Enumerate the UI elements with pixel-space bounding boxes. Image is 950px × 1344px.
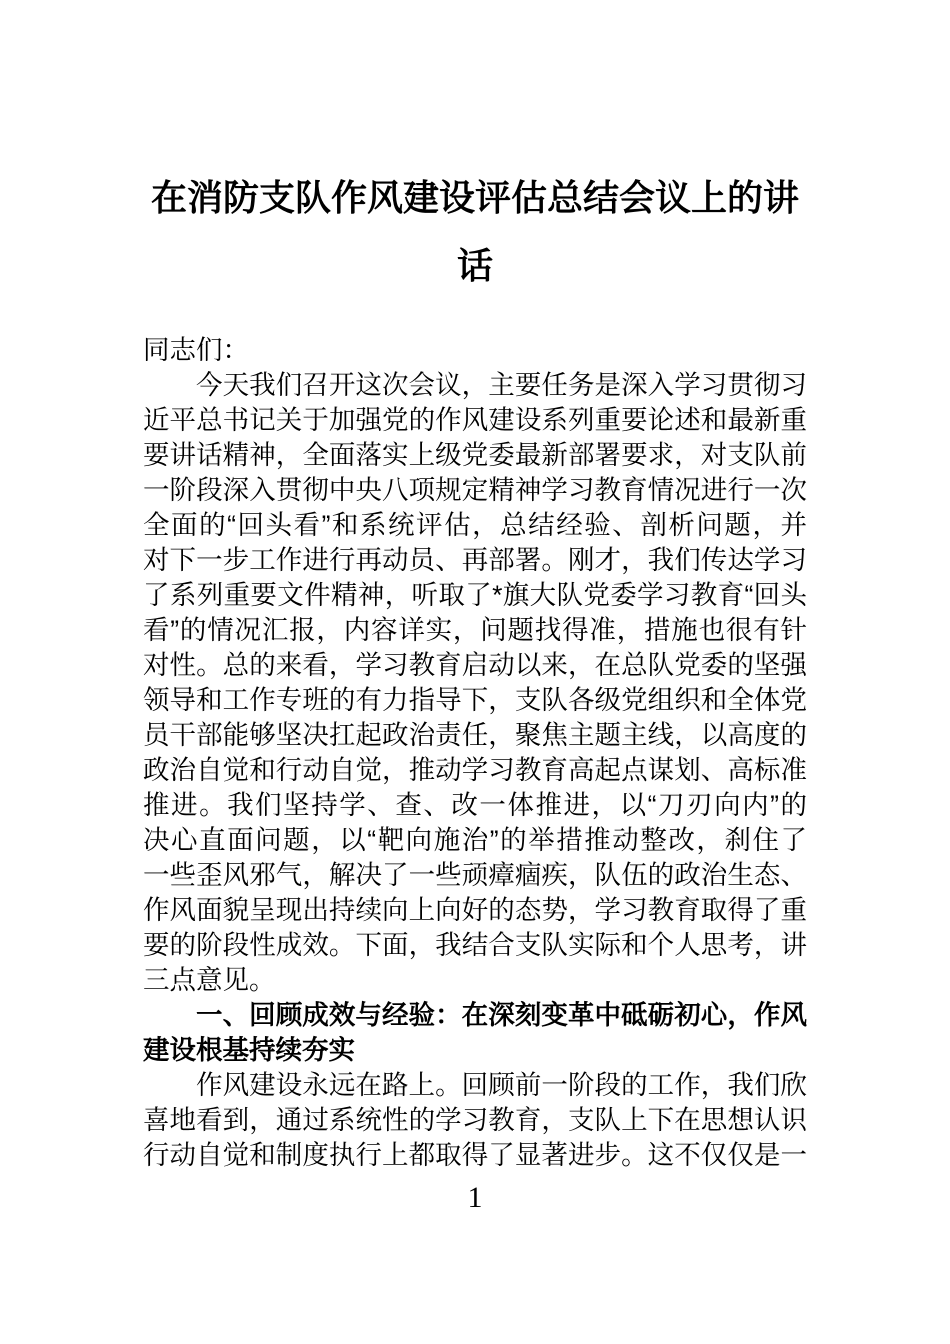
- text-line: 作风面貌呈现出持续向上向好的态势，学习教育取得了重: [143, 893, 807, 928]
- page-footer: 1: [0, 1181, 950, 1215]
- text-line: 决心直面问题，以“靶向施治”的举措推动整改，刹住了: [143, 823, 807, 858]
- text-line: 一些歪风邪气，解决了一些顽瘴痼疾，队伍的政治生态、: [143, 858, 807, 893]
- document-page: 在消防支队作风建设评估总结会议上的讲 话 同志们：今天我们召开这次会议，主要任务…: [0, 0, 950, 1344]
- text-line: 近平总书记关于加强党的作风建设系列重要论述和最新重: [143, 403, 807, 438]
- paragraph-body: 今天我们召开这次会议，主要任务是深入学习贯彻习近平总书记关于加强党的作风建设系列…: [143, 368, 807, 998]
- text-line: 了系列重要文件精神，听取了*旗大队党委学习教育“回头: [143, 578, 807, 613]
- document-title: 在消防支队作风建设评估总结会议上的讲 话: [143, 0, 807, 300]
- document-title-line-2: 话: [143, 232, 807, 300]
- text-line: 全面的“回头看”和系统评估，总结经验、剖析问题，并: [143, 508, 807, 543]
- text-line: 喜地看到，通过系统性的学习教育，支队上下在思想认识: [143, 1103, 807, 1138]
- document-body: 同志们：今天我们召开这次会议，主要任务是深入学习贯彻习近平总书记关于加强党的作风…: [143, 333, 807, 1173]
- text-line: 推进。我们坚持学、查、改一体推进，以“刀刃向内”的: [143, 788, 807, 823]
- text-line: 政治自觉和行动自觉，推动学习教育高起点谋划、高标准: [143, 753, 807, 788]
- document-title-line-1: 在消防支队作风建设评估总结会议上的讲: [143, 164, 807, 232]
- text-line: 一阶段深入贯彻中央八项规定精神学习教育情况进行一次: [143, 473, 807, 508]
- text-line: 行动自觉和制度执行上都取得了显著进步。这不仅仅是一: [143, 1138, 807, 1173]
- text-line: 建设根基持续夯实: [143, 1033, 807, 1068]
- text-line: 看”的情况汇报，内容详实，问题找得准，措施也很有针: [143, 613, 807, 648]
- text-line: 领导和工作专班的有力指导下，支队各级党组织和全体党: [143, 683, 807, 718]
- text-line: 今天我们召开这次会议，主要任务是深入学习贯彻习: [143, 368, 807, 403]
- text-line: 同志们：: [143, 333, 807, 368]
- text-line: 三点意见。: [143, 963, 807, 998]
- text-line: 要的阶段性成效。下面，我结合支队实际和个人思考，讲: [143, 928, 807, 963]
- text-line: 要讲话精神，全面落实上级党委最新部署要求，对支队前: [143, 438, 807, 473]
- text-line: 一、回顾成效与经验：在深刻变革中砥砺初心，作风: [143, 998, 807, 1033]
- text-line: 对下一步工作进行再动员、再部署。刚才，我们传达学习: [143, 543, 807, 578]
- paragraph-salutation: 同志们：: [143, 333, 807, 368]
- text-line: 员干部能够坚决扛起政治责任，聚焦主题主线，以高度的: [143, 718, 807, 753]
- text-line: 对性。总的来看，学习教育启动以来，在总队党委的坚强: [143, 648, 807, 683]
- text-line: 作风建设永远在路上。回顾前一阶段的工作，我们欣: [143, 1068, 807, 1103]
- paragraph-heading: 一、回顾成效与经验：在深刻变革中砥砺初心，作风建设根基持续夯实: [143, 998, 807, 1068]
- page-number: 1: [468, 1181, 483, 1214]
- paragraph-body: 作风建设永远在路上。回顾前一阶段的工作，我们欣喜地看到，通过系统性的学习教育，支…: [143, 1068, 807, 1173]
